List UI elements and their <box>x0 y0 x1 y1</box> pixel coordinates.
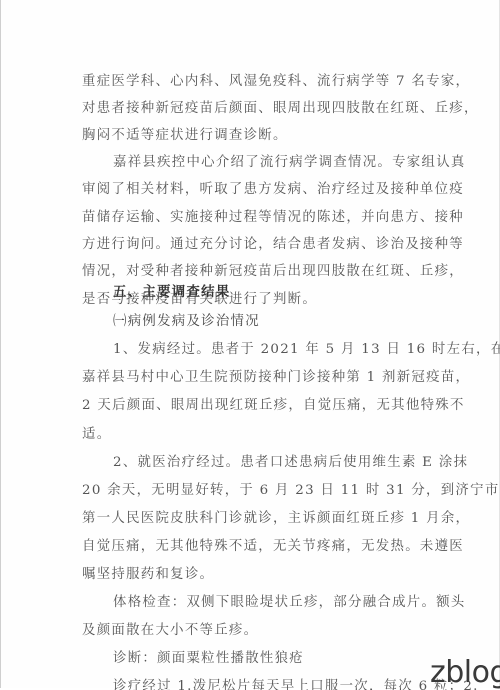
body-text-line: 对患者接种新冠疫苗后颜面、眼周出现四肢散在红斑、丘疹， <box>82 97 479 116</box>
body-text-line: 嘉祥县疾控中心介绍了流行病学调查情况。专家组认真 <box>113 151 466 170</box>
body-text-line: 诊断：颜面粟粒性播散性狼疮 <box>113 647 304 666</box>
body-text-line: 体格检查：双侧下眼睑堤状丘疹，部分融合成片。额头 <box>113 591 466 610</box>
body-text-line: 适。 <box>82 423 111 442</box>
body-text-line: 重症医学科、心内科、风湿免疫科、流行病学等 7 名专家， <box>82 70 470 89</box>
body-text-line: 审阅了相关材料，听取了患方发病、治疗经过及接种单位疫 <box>82 178 464 197</box>
body-text-line: 2、就医治疗经过。患者口述患病后使用维生素 E 涂抹 <box>113 451 468 470</box>
body-text-line: 第一人民医院皮肤科门诊就诊，主诉颜面红斑丘疹 1 月余， <box>82 507 470 526</box>
body-text-line: 方进行询问。通过充分讨论，结合患者发病、诊治及接种等 <box>82 233 464 252</box>
body-text-line: 2 天后颜面、眼周出现红斑丘疹，自觉压痛，无其他特殊不 <box>82 394 465 413</box>
body-text-line: 及颜面散在大小不等丘疹。 <box>82 619 258 638</box>
body-text-line: 嘱坚持服药和复诊。 <box>82 563 214 582</box>
body-text-line: 嘉祥县马村中心卫生院预防接种门诊接种第 1 剂新冠疫苗， <box>82 366 470 385</box>
body-text-line: 20 余天，无明显好转，于 6 月 23 日 11 时 31 分，到济宁市 <box>82 479 500 498</box>
section-heading: 五、主要调查结果 <box>113 281 231 300</box>
body-text-line: 自觉压痛，无其他特殊不适，无关节疼痛，无发热。未遵医 <box>82 535 464 554</box>
watermark: zblog <box>430 655 500 690</box>
subsection-heading: ㈠病例发病及诊治情况 <box>113 310 260 329</box>
document-page: 重症医学科、心内科、风湿免疫科、流行病学等 7 名专家， 对患者接种新冠疫苗后颜… <box>0 0 500 688</box>
body-text-line: 1、发病经过。患者于 2021 年 5 月 13 日 16 时左右，在 <box>113 338 500 357</box>
body-text-line: 胸闷不适等症状进行调查诊断。 <box>82 124 288 143</box>
body-text-line: 诊疗经过 1.泼尼松片每天早上口服一次，每次 6 粒；2. <box>113 675 479 690</box>
body-text-line: 苗储存运输、实施接种过程等情况的陈述，并向患方、接种 <box>82 206 464 225</box>
body-text-line: 情况，对受种者接种新冠疫苗后出现四肢散在红斑、丘疹， <box>82 260 464 279</box>
